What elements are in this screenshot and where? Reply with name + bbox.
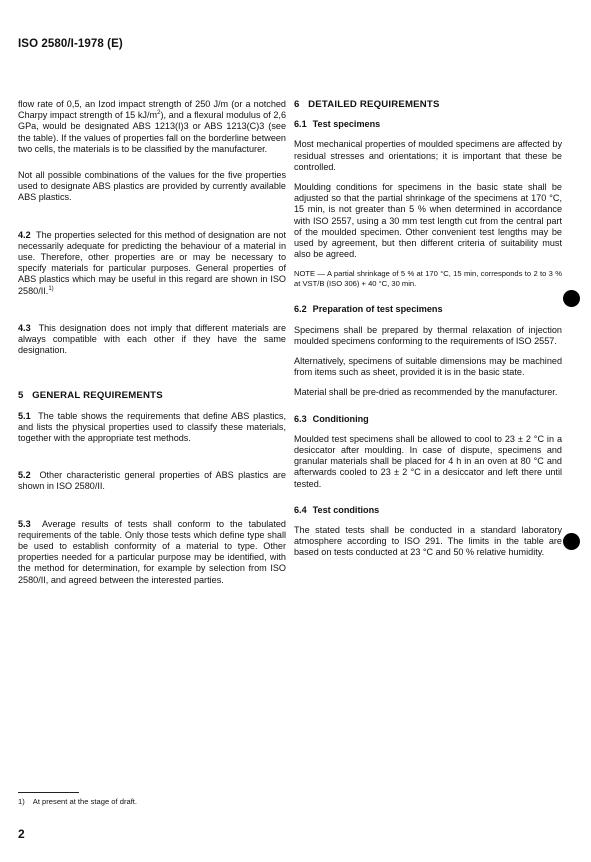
clause-number: 5.1 xyxy=(18,411,31,421)
right-column: 6 DETAILED REQUIREMENTS 6.1Test specimen… xyxy=(294,99,562,559)
footnote-reference[interactable]: 1) xyxy=(48,286,53,292)
paragraph: Moulded test specimens shall be allowed … xyxy=(294,434,562,490)
clause-4-3: 4.3 This designation does not imply that… xyxy=(18,323,286,357)
paragraph: Specimens shall be prepared by thermal r… xyxy=(294,325,562,347)
footnote-mark: 1) xyxy=(18,797,25,806)
clause-number: 5.3 xyxy=(18,519,31,529)
clause-number: 4.3 xyxy=(18,323,31,333)
subsection-6-3-heading: 6.3Conditioning xyxy=(294,414,562,425)
subsection-6-1-heading: 6.1Test specimens xyxy=(294,119,562,130)
paragraph: Moulding conditions for specimens in the… xyxy=(294,182,562,260)
clause-number: 6.3 xyxy=(294,414,307,424)
clause-5-3: 5.3 Average results of tests shall confo… xyxy=(18,519,286,586)
section-6-heading: 6 DETAILED REQUIREMENTS xyxy=(294,99,562,110)
page-number: 2 xyxy=(18,827,25,841)
paragraph: Material shall be pre-dried as recommend… xyxy=(294,387,562,398)
paragraph: The stated tests shall be conducted in a… xyxy=(294,525,562,559)
clause-text: Average results of tests shall conform t… xyxy=(18,519,286,585)
paragraph: Alternatively, specimens of suitable dim… xyxy=(294,356,562,378)
subsection-title: Test specimens xyxy=(313,119,381,129)
left-column: flow rate of 0,5, an Izod impact strengt… xyxy=(18,99,286,586)
clause-5-1: 5.1 The table shows the requirements tha… xyxy=(18,411,286,445)
clause-number: 5.2 xyxy=(18,470,31,480)
clause-number: 6.1 xyxy=(294,119,307,129)
note: NOTE — A partial shrinkage of 5 % at 170… xyxy=(294,269,562,289)
clause-text: The table shows the requirements that de… xyxy=(18,411,286,443)
subsection-6-2-heading: 6.2Preparation of test specimens xyxy=(294,304,562,315)
combinations-paragraph: Not all possible combinations of the val… xyxy=(18,170,286,204)
subsection-title: Preparation of test specimens xyxy=(313,304,443,314)
margin-bullet-icon xyxy=(563,290,580,307)
clause-text: Other characteristic general properties … xyxy=(18,470,286,491)
footnote-divider xyxy=(18,792,79,793)
paragraph: Most mechanical properties of moulded sp… xyxy=(294,139,562,173)
continuation-paragraph: flow rate of 0,5, an Izod impact strengt… xyxy=(18,99,286,155)
subsection-title: Test conditions xyxy=(313,505,380,515)
clause-text: This designation does not imply that dif… xyxy=(18,323,286,355)
footnote: 1)At present at the stage of draft. xyxy=(18,797,137,806)
document-header: ISO 2580/I-1978 (E) xyxy=(18,38,123,50)
clause-text: The properties selected for this method … xyxy=(18,230,286,296)
footnote-text: At present at the stage of draft. xyxy=(33,797,137,806)
clause-4-2: 4.2 The properties selected for this met… xyxy=(18,230,286,297)
clause-number: 6.2 xyxy=(294,304,307,314)
clause-5-2: 5.2 Other characteristic general propert… xyxy=(18,470,286,492)
margin-bullet-icon xyxy=(563,533,580,550)
subsection-title: Conditioning xyxy=(313,414,369,424)
subsection-6-4-heading: 6.4Test conditions xyxy=(294,505,562,516)
clause-number: 4.2 xyxy=(18,230,31,240)
clause-number: 6.4 xyxy=(294,505,307,515)
section-5-heading: 5 GENERAL REQUIREMENTS xyxy=(18,390,286,401)
